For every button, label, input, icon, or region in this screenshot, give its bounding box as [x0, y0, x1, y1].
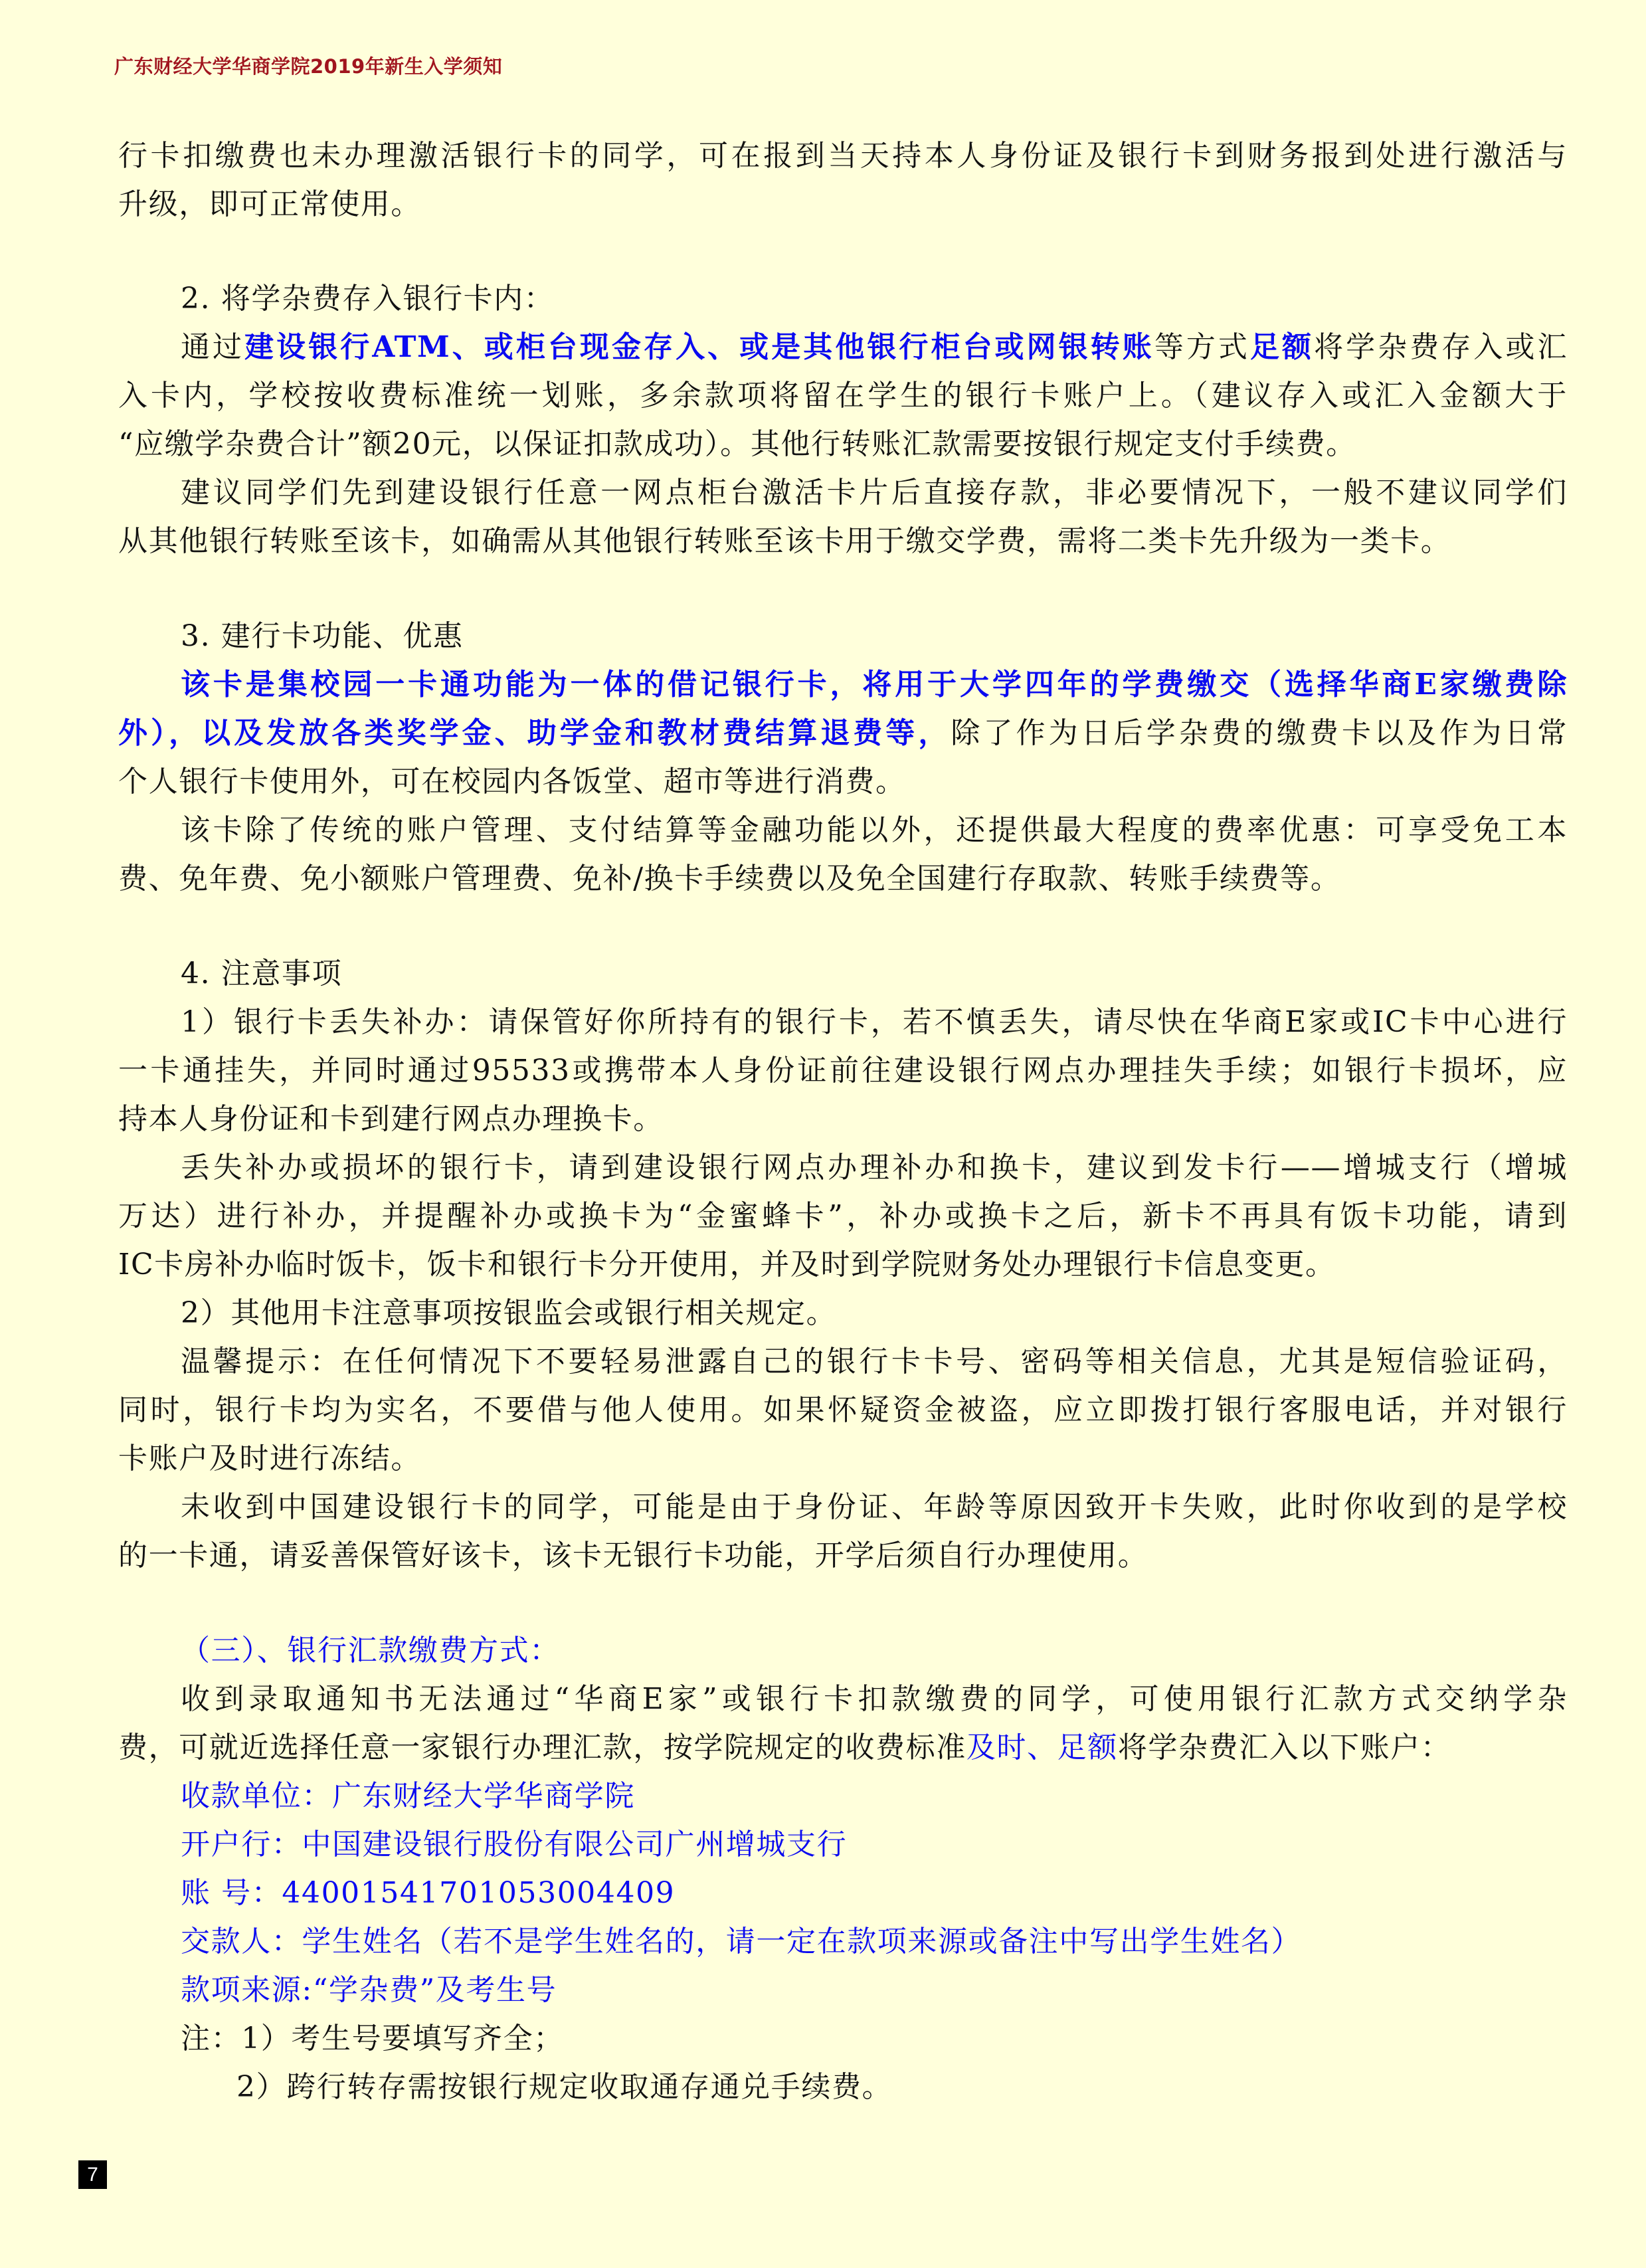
text-line: 温馨提示：在任何情况下不要轻易泄露自己的银行卡卡号、密码等相关信息，尤其是短信验…	[181, 1342, 1568, 1382]
text-line: 收到录取通知书无法通过“华商E家”或银行卡扣款缴费的同学，可使用银行汇款方式交纳…	[181, 1679, 1568, 1719]
body-text: 入卡内，学校按收费标准统一划账，多余款项将留在学生的银行卡账户上。（建议存入或汇…	[118, 379, 1568, 413]
text-line: 账 号：44001541701053004409	[181, 1873, 1568, 1913]
body-text: 建议同学们先到建设银行任意一网点柜台激活卡片后直接存款，非必要情况下，一般不建议…	[181, 476, 1568, 510]
highlighted-text: 及时、足额	[966, 1731, 1118, 1764]
text-line: 2）其他用卡注意事项按银监会或银行相关规定。	[181, 1293, 1568, 1333]
body-text: 卡账户及时进行冻结。	[118, 1442, 421, 1475]
body-text: “应缴学杂费合计”额20元，以保证扣款成功）。其他行转账汇款需要按银行规定支付手…	[118, 427, 1356, 461]
text-line: 未收到中国建设银行卡的同学，可能是由于身份证、年龄等原因致开卡失败，此时你收到的…	[181, 1487, 1568, 1527]
body-text: 行卡扣缴费也未办理激活银行卡的同学，可在报到当天持本人身份证及银行卡到财务报到处…	[118, 139, 1568, 173]
body-text: 个人银行卡使用外，可在校园内各饭堂、超市等进行消费。	[118, 765, 906, 799]
text-line: 万达）进行补办，并提醒补办或换卡为“金蜜蜂卡”，补办或换卡之后，新卡不再具有饭卡…	[118, 1196, 1568, 1236]
text-line: 同时，银行卡均为实名，不要借与他人使用。如果怀疑资金被盗，应立即拨打银行客服电话…	[118, 1390, 1568, 1430]
body-text: 费、免年费、免小额账户管理费、免补/换卡手续费以及免全国建行存取款、转账手续费等…	[118, 862, 1340, 896]
text-line: 入卡内，学校按收费标准统一划账，多余款项将留在学生的银行卡账户上。（建议存入或汇…	[118, 376, 1568, 416]
body-text: 丢失补办或损坏的银行卡，请到建设银行网点办理补办和换卡，建议到发卡行——增城支行…	[181, 1151, 1568, 1184]
highlighted-text: 开户行：中国建设银行股份有限公司广州增城支行	[181, 1828, 847, 1861]
body-text: 该卡除了传统的账户管理、支付结算等金融功能以外，还提供最大程度的费率优惠：可享受…	[181, 813, 1568, 847]
body-text: 4. 注意事项	[181, 957, 342, 991]
text-line: 该卡除了传统的账户管理、支付结算等金融功能以外，还提供最大程度的费率优惠：可享受…	[181, 810, 1568, 850]
body-text: 将学杂费存入或汇	[1314, 330, 1568, 364]
body-text: IC卡房补办临时饭卡，饭卡和银行卡分开使用，并及时到学院财务处办理银行卡信息变更…	[118, 1248, 1336, 1281]
body-text: 持本人身份证和卡到建行网点办理换卡。	[118, 1102, 664, 1136]
body-text: 3. 建行卡功能、优惠	[181, 619, 464, 653]
body-text: 除了作为日后学杂费的缴费卡以及作为日常	[951, 716, 1568, 750]
body-text: 1）银行卡丢失补办：请保管好你所持有的银行卡，若不慎丢失，请尽快在华商E家或IC…	[181, 1005, 1568, 1039]
text-line: 从其他银行转账至该卡，如确需从其他银行转账至该卡用于缴交学费，需将二类卡先升级为…	[118, 521, 1568, 561]
body-text: 2）其他用卡注意事项按银监会或银行相关规定。	[181, 1296, 836, 1330]
text-line: 4. 注意事项	[181, 954, 1568, 994]
text-line: 一卡通挂失，并同时通过95533或携带本人身份证前往建设银行网点办理挂失手续；如…	[118, 1051, 1568, 1091]
body-text: 未收到中国建设银行卡的同学，可能是由于身份证、年龄等原因致开卡失败，此时你收到的…	[181, 1490, 1568, 1524]
text-line: 开户行：中国建设银行股份有限公司广州增城支行	[181, 1825, 1568, 1865]
text-line: 注：1）考生号要填写齐全；	[181, 2019, 1568, 2059]
highlighted-text: 建设银行ATM、或柜台现金存入、或是其他银行柜台或网银转账	[244, 330, 1154, 364]
text-line: 的一卡通，请妥善保管好该卡，该卡无银行卡功能，开学后须自行办理使用。	[118, 1536, 1568, 1576]
body-text: 费，可就近选择任意一家银行办理汇款，按学院规定的收费标准	[118, 1731, 966, 1764]
page-number-badge: 7	[78, 2160, 107, 2189]
body-text: 的一卡通，请妥善保管好该卡，该卡无银行卡功能，开学后须自行办理使用。	[118, 1539, 1148, 1572]
body-text: 一卡通挂失，并同时通过95533或携带本人身份证前往建设银行网点办理挂失手续；如…	[118, 1054, 1568, 1087]
text-line: 持本人身份证和卡到建行网点办理换卡。	[118, 1099, 1568, 1139]
text-line: “应缴学杂费合计”额20元，以保证扣款成功）。其他行转账汇款需要按银行规定支付手…	[118, 425, 1568, 464]
highlighted-text: 收款单位：广东财经大学华商学院	[181, 1779, 635, 1813]
text-line: 费、免年费、免小额账户管理费、免补/换卡手续费以及免全国建行存取款、转账手续费等…	[118, 859, 1568, 899]
text-line: 该卡是集校园一卡通功能为一体的借记银行卡，将用于大学四年的学费缴交（选择华商E家…	[181, 665, 1568, 705]
body-text: 收到录取通知书无法通过“华商E家”或银行卡扣款缴费的同学，可使用银行汇款方式交纳…	[181, 1682, 1568, 1716]
body-text: 同时，银行卡均为实名，不要借与他人使用。如果怀疑资金被盗，应立即拨打银行客服电话…	[118, 1393, 1568, 1427]
text-line: 通过建设银行ATM、或柜台现金存入、或是其他银行柜台或网银转账等方式足额将学杂费…	[181, 328, 1568, 367]
text-line: 行卡扣缴费也未办理激活银行卡的同学，可在报到当天持本人身份证及银行卡到财务报到处…	[118, 136, 1568, 176]
page-header-title: 广东财经大学华商学院2019年新生入学须知	[114, 52, 502, 79]
text-line: 交款人：学生姓名（若不是学生姓名的，请一定在款项来源或备注中写出学生姓名）	[181, 1922, 1568, 1962]
highlighted-text: 足额	[1250, 330, 1314, 364]
text-line: 建议同学们先到建设银行任意一网点柜台激活卡片后直接存款，非必要情况下，一般不建议…	[181, 473, 1568, 513]
body-text: 通过	[181, 330, 244, 364]
highlighted-text: 款项来源:“学杂费”及考生号	[181, 1973, 557, 2007]
body-text: 等方式	[1154, 330, 1250, 364]
body-text: 2. 将学杂费存入银行卡内：	[181, 282, 554, 316]
highlighted-text: （三）、银行汇款缴费方式：	[181, 1634, 560, 1667]
text-line: （三）、银行汇款缴费方式：	[181, 1631, 1568, 1671]
text-line: 1）银行卡丢失补办：请保管好你所持有的银行卡，若不慎丢失，请尽快在华商E家或IC…	[181, 1002, 1568, 1042]
highlighted-text: 交款人：学生姓名（若不是学生姓名的，请一定在款项来源或备注中写出学生姓名）	[181, 1925, 1301, 1958]
text-line: 个人银行卡使用外，可在校园内各饭堂、超市等进行消费。	[118, 762, 1568, 802]
text-line: 外），以及发放各类奖学金、助学金和教材费结算退费等，除了作为日后学杂费的缴费卡以…	[118, 713, 1568, 753]
text-line: 2. 将学杂费存入银行卡内：	[181, 279, 1568, 319]
text-line: 升级，即可正常使用。	[118, 185, 1568, 225]
text-line: 3. 建行卡功能、优惠	[181, 616, 1568, 656]
text-line: 丢失补办或损坏的银行卡，请到建设银行网点办理补办和换卡，建议到发卡行——增城支行…	[181, 1148, 1568, 1188]
text-line: IC卡房补办临时饭卡，饭卡和银行卡分开使用，并及时到学院财务处办理银行卡信息变更…	[118, 1245, 1568, 1285]
body-text: 温馨提示：在任何情况下不要轻易泄露自己的银行卡卡号、密码等相关信息，尤其是短信验…	[181, 1345, 1568, 1378]
body-text: 万达）进行补办，并提醒补办或换卡为“金蜜蜂卡”，补办或换卡之后，新卡不再具有饭卡…	[118, 1199, 1568, 1233]
body-text: 从其他银行转账至该卡，如确需从其他银行转账至该卡用于缴交学费，需将二类卡先升级为…	[118, 524, 1451, 558]
text-line: 费，可就近选择任意一家银行办理汇款，按学院规定的收费标准及时、足额将学杂费汇入以…	[118, 1728, 1568, 1768]
highlighted-text: 账 号：44001541701053004409	[181, 1876, 675, 1910]
text-line: 款项来源:“学杂费”及考生号	[181, 1970, 1568, 2010]
text-line: 卡账户及时进行冻结。	[118, 1439, 1568, 1479]
body-text: 2）跨行转存需按银行规定收取通存通兑手续费。	[236, 2070, 892, 2104]
highlighted-text: 该卡是集校园一卡通功能为一体的借记银行卡，将用于大学四年的学费缴交（选择华商E家…	[181, 668, 1568, 702]
body-text: 将学杂费汇入以下账户：	[1118, 1731, 1451, 1764]
body-text: 升级，即可正常使用。	[118, 187, 421, 221]
text-line: 收款单位：广东财经大学华商学院	[181, 1776, 1568, 1816]
text-line: 2）跨行转存需按银行规定收取通存通兑手续费。	[236, 2067, 1568, 2107]
body-text: 注：1）考生号要填写齐全；	[181, 2022, 564, 2055]
highlighted-text: 外），以及发放各类奖学金、助学金和教材费结算退费等，	[118, 716, 951, 750]
